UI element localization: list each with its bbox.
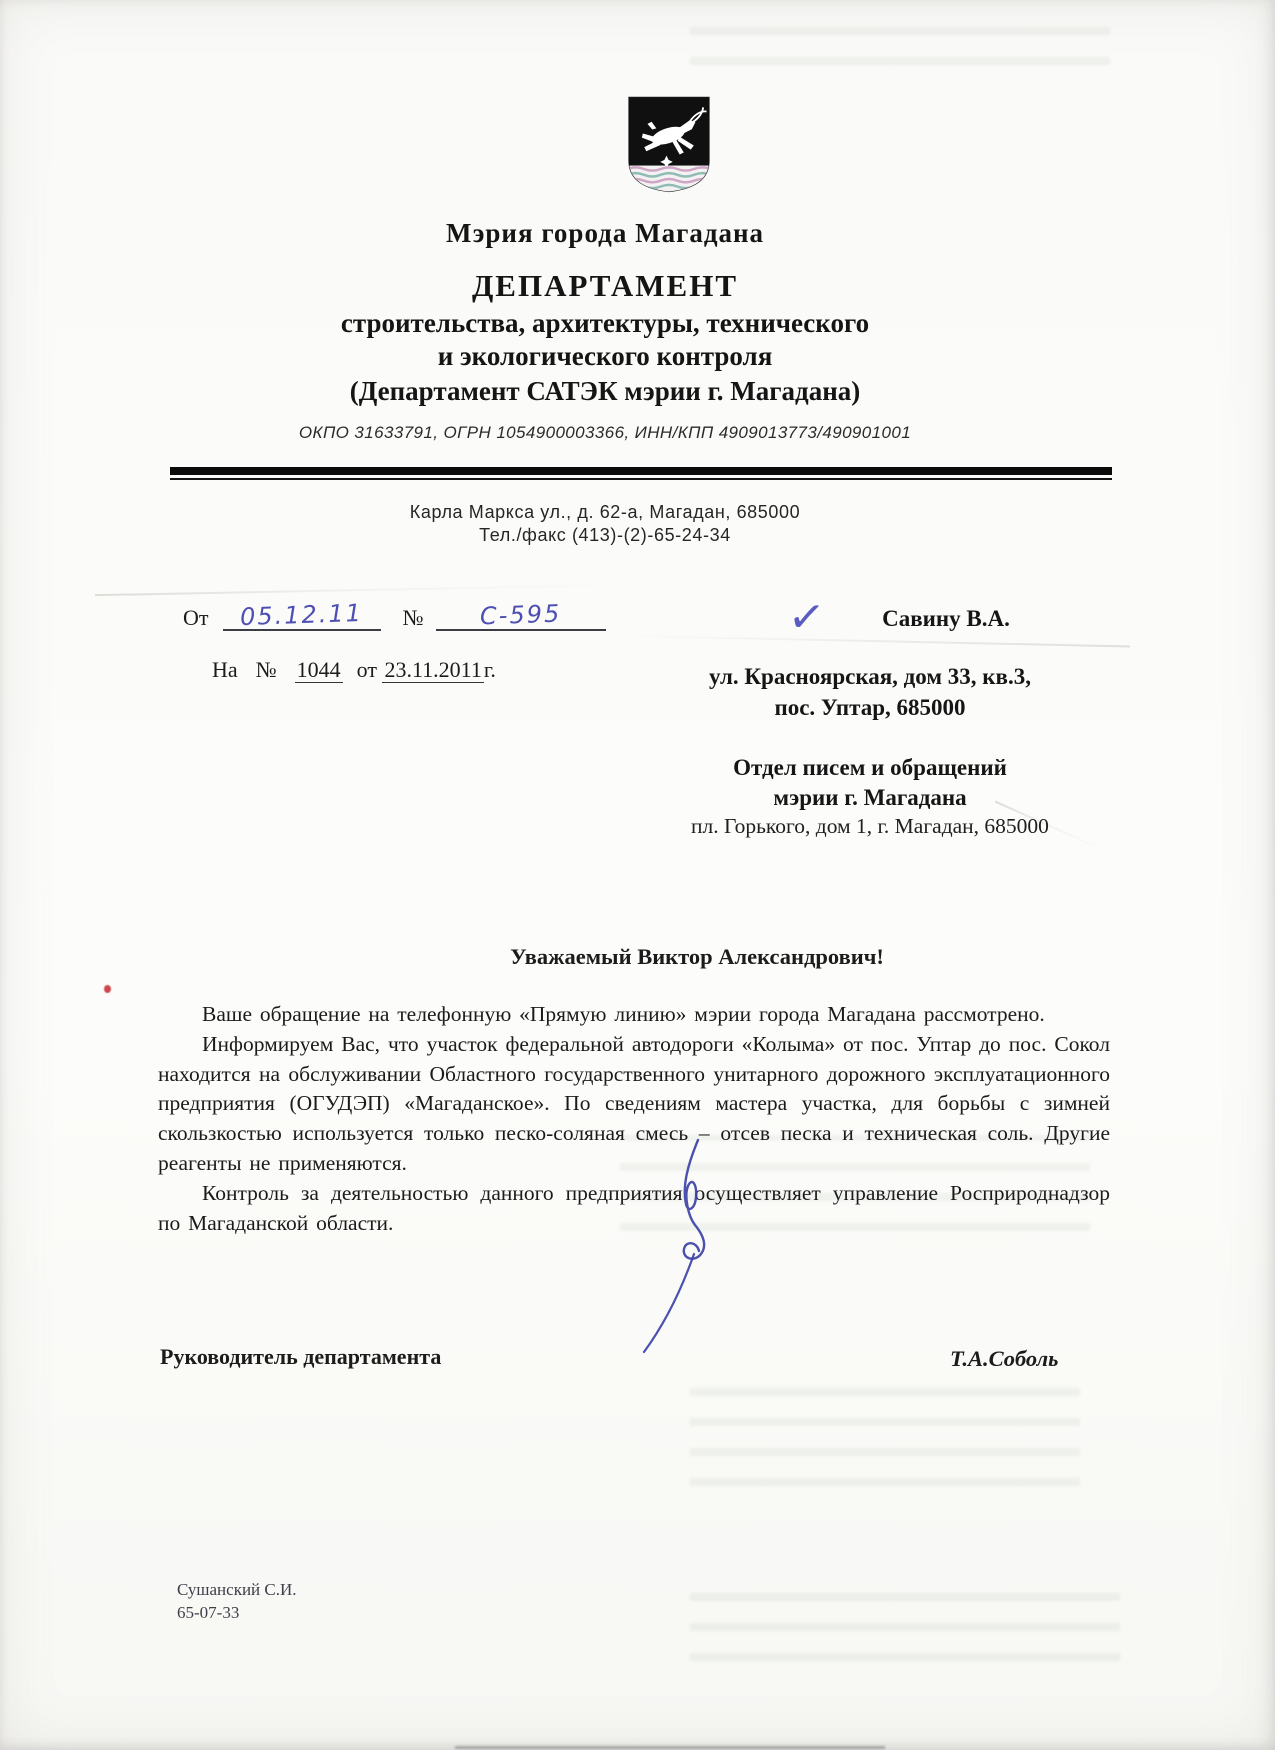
body-paragraph: Ваше обращение на телефонную «Прямую лин… [158, 1000, 1110, 1030]
magadan-coat-of-arms-leaping-deer-icon [618, 94, 720, 194]
reply-ot-label: от [357, 657, 377, 682]
recipient-name: Савину В.А. [630, 606, 1186, 632]
bleed-through-smudge [690, 14, 1110, 74]
org-address: Карла Маркса ул., д. 62-а, Магадан, 6850… [0, 502, 1210, 523]
outgoing-reference-line: От05.12.11№С-595 [183, 601, 606, 631]
paper-crease [95, 584, 635, 596]
red-ink-mark [104, 985, 111, 993]
handwritten-date: 05.12.11 [240, 599, 364, 631]
signer-name: Т.А.Соболь [950, 1346, 1058, 1372]
paper-crease [610, 635, 1130, 648]
reply-reference-line: На№1044от 23.11.2011г. [212, 657, 496, 683]
dept-subtitle-2: и экологического контроля [0, 341, 1210, 372]
recipient-dept-2: мэрии г. Магадана [630, 785, 1110, 811]
reply-no-label: № [256, 657, 277, 682]
registration-numbers: ОКПО 31633791, ОГРН 1054900003366, ИНН/К… [0, 423, 1210, 443]
recipient-address-2: пос. Уптар, 685000 [630, 695, 1110, 721]
from-label: От [183, 605, 209, 630]
recipient-dept-1: Отдел писем и обращений [630, 755, 1110, 781]
scanner-edge-shadow [455, 1746, 885, 1749]
org-phone: Тел./факс (413)-(2)-65-24-34 [0, 525, 1210, 546]
signature-ink [598, 1126, 778, 1366]
executor-name: Сушанский С.И. [177, 1578, 297, 1601]
executor-phone: 65-07-33 [177, 1601, 297, 1624]
dept-title: ДЕПАРТАМЕНТ [0, 268, 1210, 304]
reply-date: 23.11.2011 [382, 657, 483, 683]
executor-block: Сушанский С.И. 65-07-33 [177, 1578, 297, 1624]
reply-na-label: На [212, 657, 238, 682]
handwritten-number: С-595 [479, 600, 561, 631]
org-city-title: Мэрия города Магадана [0, 218, 1210, 249]
reply-number: 1044 [295, 657, 343, 683]
bleed-through-smudge [690, 1385, 1080, 1495]
salutation: Уважаемый Виктор Александрович! [160, 944, 1172, 970]
dept-short-name: (Департамент САТЭК мэрии г. Магадана) [0, 376, 1210, 407]
letterhead-divider [170, 467, 1112, 480]
bleed-through-smudge [690, 1575, 1120, 1670]
dept-subtitle-1: строительства, архитектуры, технического [0, 308, 1210, 339]
letter-page: Мэрия города Магадана ДЕПАРТАМЕНТ строит… [0, 0, 1275, 1750]
recipient-address-1: ул. Красноярская, дом 33, кв.3, [630, 664, 1110, 690]
number-label: № [403, 605, 424, 630]
reply-year-suffix: г. [484, 657, 496, 682]
recipient-dept-address: пл. Горького, дом 1, г. Магадан, 685000 [630, 814, 1110, 839]
signer-position: Руководитель департамента [160, 1344, 441, 1370]
